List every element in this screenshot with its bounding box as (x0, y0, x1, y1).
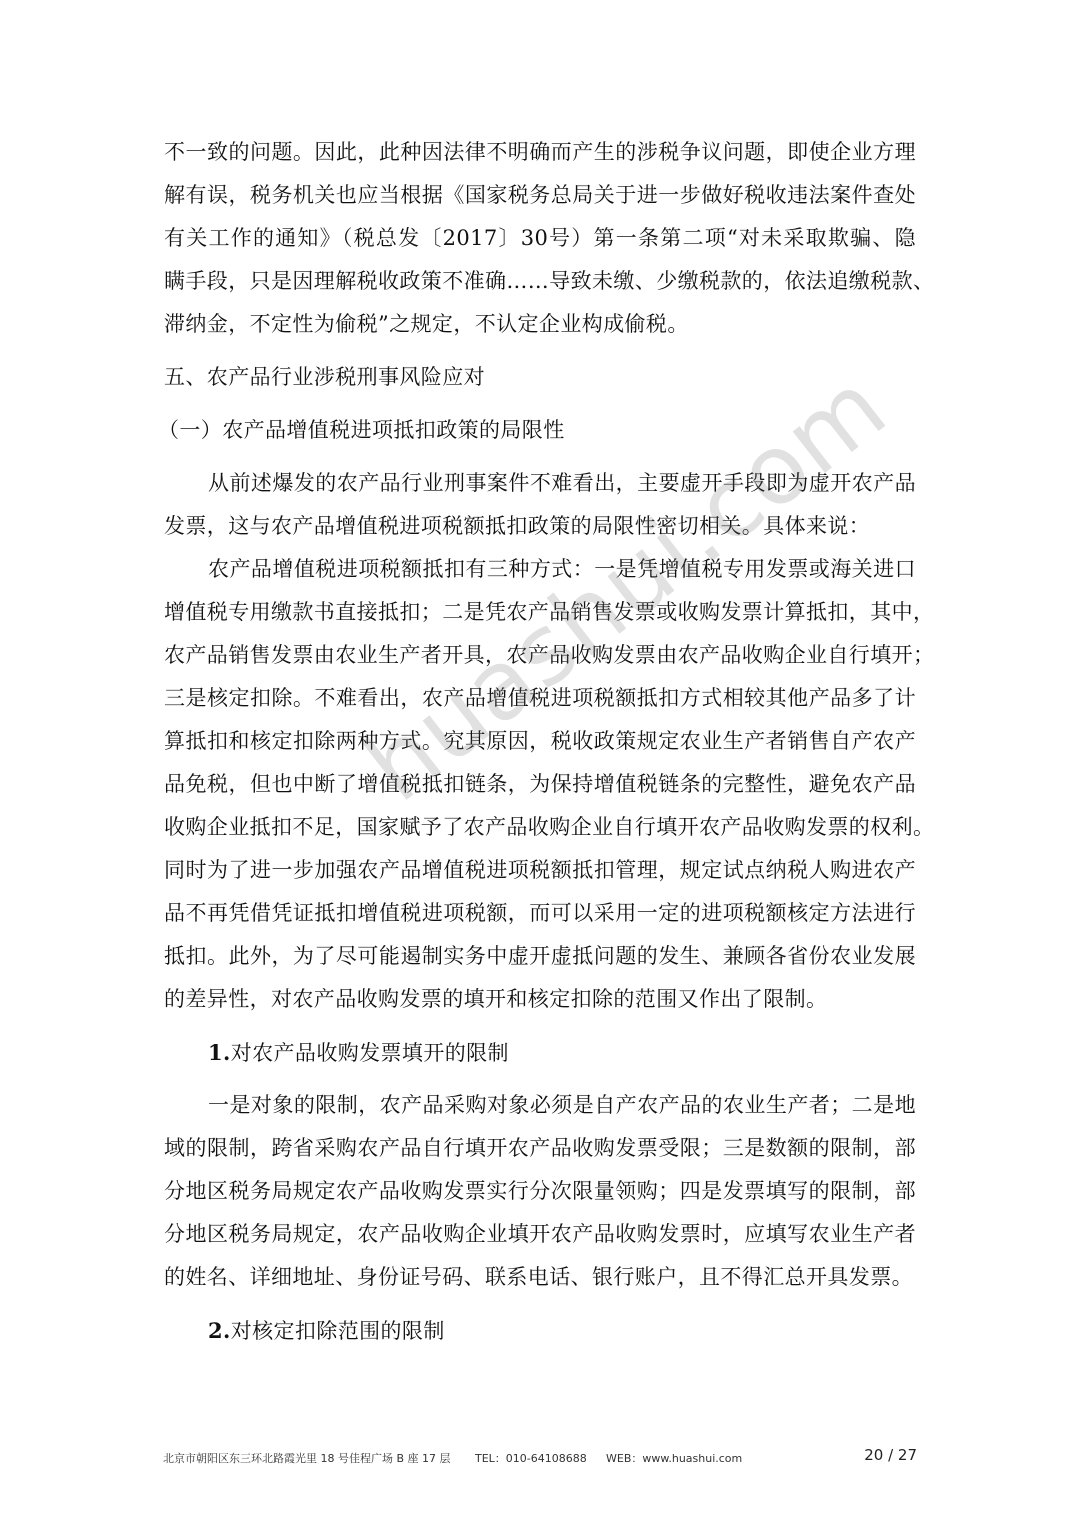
footer-website: WEB：www.huashui.com (606, 1450, 742, 1466)
item-title: 对核定扣除范围的限制 (231, 1319, 445, 1343)
text-line: 不一致的问题。因此，此种因法律不明确而产生的涉税争议问题，即使企业方理 (164, 131, 916, 174)
text-line: 发票，这与农产品增值税进项税额抵扣政策的局限性密切相关。具体来说： (164, 505, 916, 548)
text-line: 有关工作的通知》（税总发〔2017〕30号）第一条第二项“对未采取欺骗、隐 (164, 217, 916, 260)
item-2-heading: 2.对核定扣除范围的限制 (164, 1309, 916, 1352)
paragraph-invoice-restrictions: 一是对象的限制，农产品采购对象必须是自产农产品的农业生产者；二是地 域的限制，跨… (164, 1084, 916, 1299)
text-line: 同时为了进一步加强农产品增值税进项税额抵扣管理，规定试点纳税人购进农产 (164, 849, 916, 892)
page-footer: 北京市朝阳区东三环北路霞光里 18 号佳程广场 B 座 17 层 TEL：010… (163, 1446, 917, 1470)
text-line: 瞒手段，只是因理解税收政策不准确……导致未缴、少缴税款的，依法追缴税款、 (164, 260, 916, 303)
item-title: 对农产品收购发票填开的限制 (231, 1041, 509, 1065)
text-line: 的姓名、详细地址、身份证号码、联系电话、银行账户，且不得汇总开具发票。 (164, 1256, 916, 1299)
text-line: 增值税专用缴款书直接抵扣；二是凭农产品销售发票或收购发票计算抵扣，其中， (164, 591, 916, 634)
paragraph-deduction-methods: 农产品增值税进项税额抵扣有三种方式：一是凭增值税专用发票或海关进口 增值税专用缴… (164, 548, 916, 1021)
section-heading: 五、农产品行业涉税刑事风险应对 (164, 356, 916, 399)
footer-telephone: TEL：010-64108688 (475, 1450, 587, 1466)
text-line: 滞纳金，不定性为偷税”之规定，不认定企业构成偷税。 (164, 303, 916, 346)
page-content: 不一致的问题。因此，此种因法律不明确而产生的涉税争议问题，即使企业方理 解有误，… (164, 131, 916, 1352)
text-line: 品不再凭借凭证抵扣增值税进项税额，而可以采用一定的进项税额核定方法进行 (164, 892, 916, 935)
text-line: 三是核定扣除。不难看出，农产品增值税进项税额抵扣方式相较其他产品多了计 (164, 677, 916, 720)
text-line: 从前述爆发的农产品行业刑事案件不难看出，主要虚开手段即为虚开农产品 (164, 462, 916, 505)
spacer (164, 346, 916, 356)
text-line: 抵扣。此外，为了尽可能遏制实务中虚开虚抵问题的发生、兼顾各省份农业发展 (164, 935, 916, 978)
text-line: 分地区税务局规定，农产品收购企业填开农产品收购发票时，应填写农业生产者 (164, 1213, 916, 1256)
text-line: 一是对象的限制，农产品采购对象必须是自产农产品的农业生产者；二是地 (164, 1084, 916, 1127)
text-line: 的差异性，对农产品收购发票的填开和核定扣除的范围又作出了限制。 (164, 978, 916, 1021)
text-line: 品免税，但也中断了增值税抵扣链条，为保持增值税链条的完整性，避免农产品 (164, 763, 916, 806)
spacer (164, 399, 916, 409)
footer-address: 北京市朝阳区东三环北路霞光里 18 号佳程广场 B 座 17 层 (163, 1450, 451, 1466)
text-line: 农产品增值税进项税额抵扣有三种方式：一是凭增值税专用发票或海关进口 (164, 548, 916, 591)
paragraph-intro: 从前述爆发的农产品行业刑事案件不难看出，主要虚开手段即为虚开农产品 发票，这与农… (164, 462, 916, 548)
subsection-heading: （一）农产品增值税进项抵扣政策的局限性 (158, 409, 916, 452)
text-line: 农产品销售发票由农业生产者开具，农产品收购发票由农产品收购企业自行填开； (164, 634, 916, 677)
document-page: 不一致的问题。因此，此种因法律不明确而产生的涉税争议问题，即使企业方理 解有误，… (0, 0, 1080, 1527)
text-line: 收购企业抵扣不足，国家赋予了农产品收购企业自行填开农产品收购发票的权利。 (164, 806, 916, 849)
text-line: 分地区税务局规定农产品收购发票实行分次限量领购；四是发票填写的限制，部 (164, 1170, 916, 1213)
item-1-heading: 1.对农产品收购发票填开的限制 (164, 1031, 916, 1074)
text-line: 解有误，税务机关也应当根据《国家税务总局关于进一步做好税收违法案件查处 (164, 174, 916, 217)
page-number: 20 / 27 (864, 1446, 917, 1464)
text-line: 算抵扣和核定扣除两种方式。究其原因，税收政策规定农业生产者销售自产农产 (164, 720, 916, 763)
spacer (164, 1074, 916, 1084)
spacer (164, 1021, 916, 1031)
text-line: 域的限制，跨省采购农产品自行填开农产品收购发票受限；三是数额的限制，部 (164, 1127, 916, 1170)
item-number: 1. (208, 1040, 231, 1065)
spacer (164, 452, 916, 462)
item-number: 2. (208, 1318, 231, 1343)
continuation-paragraph: 不一致的问题。因此，此种因法律不明确而产生的涉税争议问题，即使企业方理 解有误，… (164, 131, 916, 346)
spacer (164, 1299, 916, 1309)
